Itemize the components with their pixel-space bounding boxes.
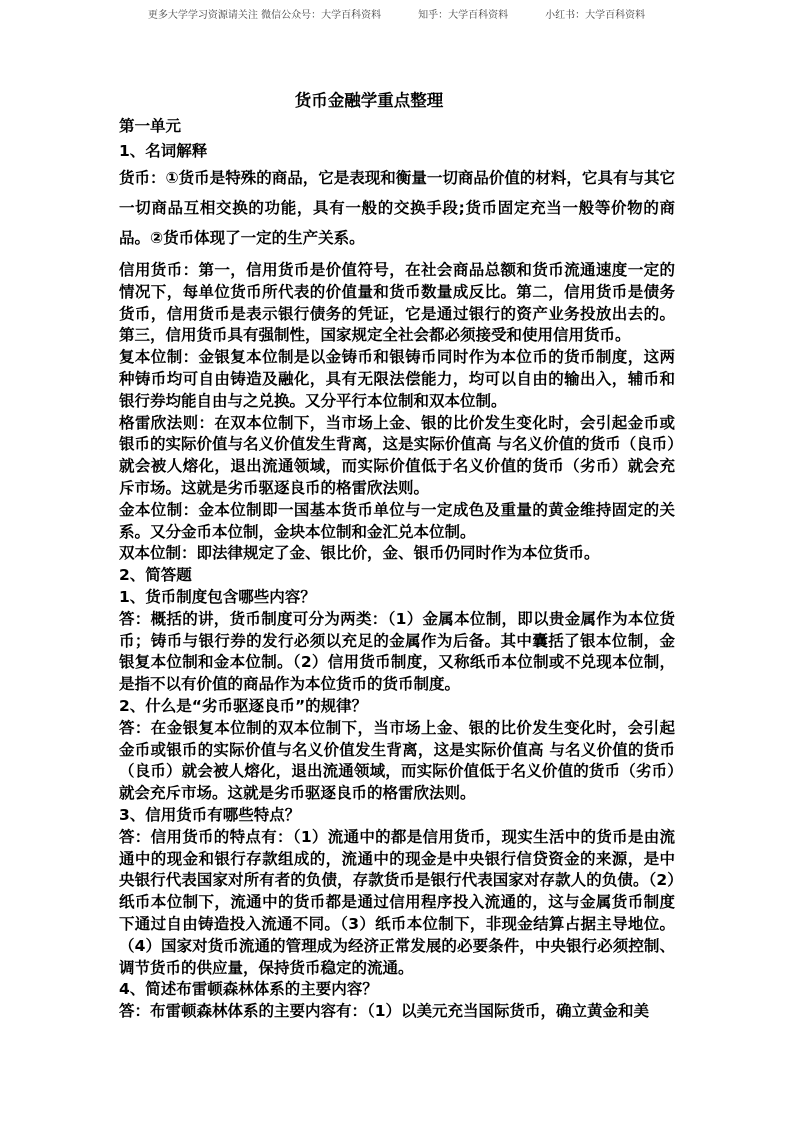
section-heading: 1、货币制度包含哪些内容？ <box>119 587 675 609</box>
document-page: 货币金融学重点整理 第一单元1、名词解释货币：①货币是特殊的商品，它是表现和衡量… <box>119 88 675 1023</box>
paragraph: 格雷欣法则：在双本位制下，当市场上金、银的比价发生变化时，会引起金币或银币的实际… <box>119 413 675 500</box>
paragraph: 信用货币：第一，信用货币是价值符号，在社会商品总额和货币流通速度一定的情况下，每… <box>119 260 675 347</box>
section-heading: 2、简答题 <box>119 565 675 587</box>
paragraph: 双本位制：即法律规定了金、银比价，金、银币仍同时作为本位货币。 <box>119 543 675 565</box>
section-heading: 第一单元 <box>119 114 675 139</box>
section-heading: 1、名词解释 <box>119 139 675 164</box>
page-title: 货币金融学重点整理 <box>119 88 675 114</box>
doc-body: 第一单元1、名词解释货币：①货币是特殊的商品，它是表现和衡量一切商品价值的材料，… <box>119 114 675 1023</box>
section-heading: 2、什么是“劣币驱逐良币”的规律？ <box>119 696 675 718</box>
paragraph: 答：布雷顿森林体系的主要内容有：（1）以美元充当国际货币，确立黄金和美 <box>119 1001 675 1023</box>
section-heading: 3、信用货币有哪些特点？ <box>119 805 675 827</box>
page-header: 更多大学学习资源请关注 微信公众号：大学百科资料 知乎：大学百科资料 小红书：大… <box>0 6 793 21</box>
header-zhihu-text: 知乎：大学百科资料 <box>418 6 508 21</box>
paragraph: 答：在金银复本位制的双本位制下，当市场上金、银的比价发生变化时，会引起金币或银币… <box>119 718 675 805</box>
header-xiaohongshu-text: 小红书：大学百科资料 <box>545 6 645 21</box>
header-promo-text: 更多大学学习资源请关注 微信公众号：大学百科资料 <box>148 6 381 21</box>
paragraph: 答：信用货币的特点有：（1）流通中的都是信用货币，现实生活中的货币是由流通中的现… <box>119 827 675 980</box>
paragraph: 货币：①货币是特殊的商品，它是表现和衡量一切商品价值的材料，它具有与其它一切商品… <box>119 163 675 253</box>
paragraph: 复本位制：金银复本位制是以金铸币和银铸币同时作为本位币的货币制度，这两种铸币均可… <box>119 347 675 412</box>
paragraph: 答：概括的讲，货币制度可分为两类：（1）金属本位制，即以贵金属作为本位货币；铸币… <box>119 609 675 696</box>
paragraph: 金本位制：金本位制即一国基本货币单位与一定成色及重量的黄金维持固定的关系。又分金… <box>119 500 675 544</box>
section-heading: 4、简述布雷顿森林体系的主要内容？ <box>119 979 675 1001</box>
